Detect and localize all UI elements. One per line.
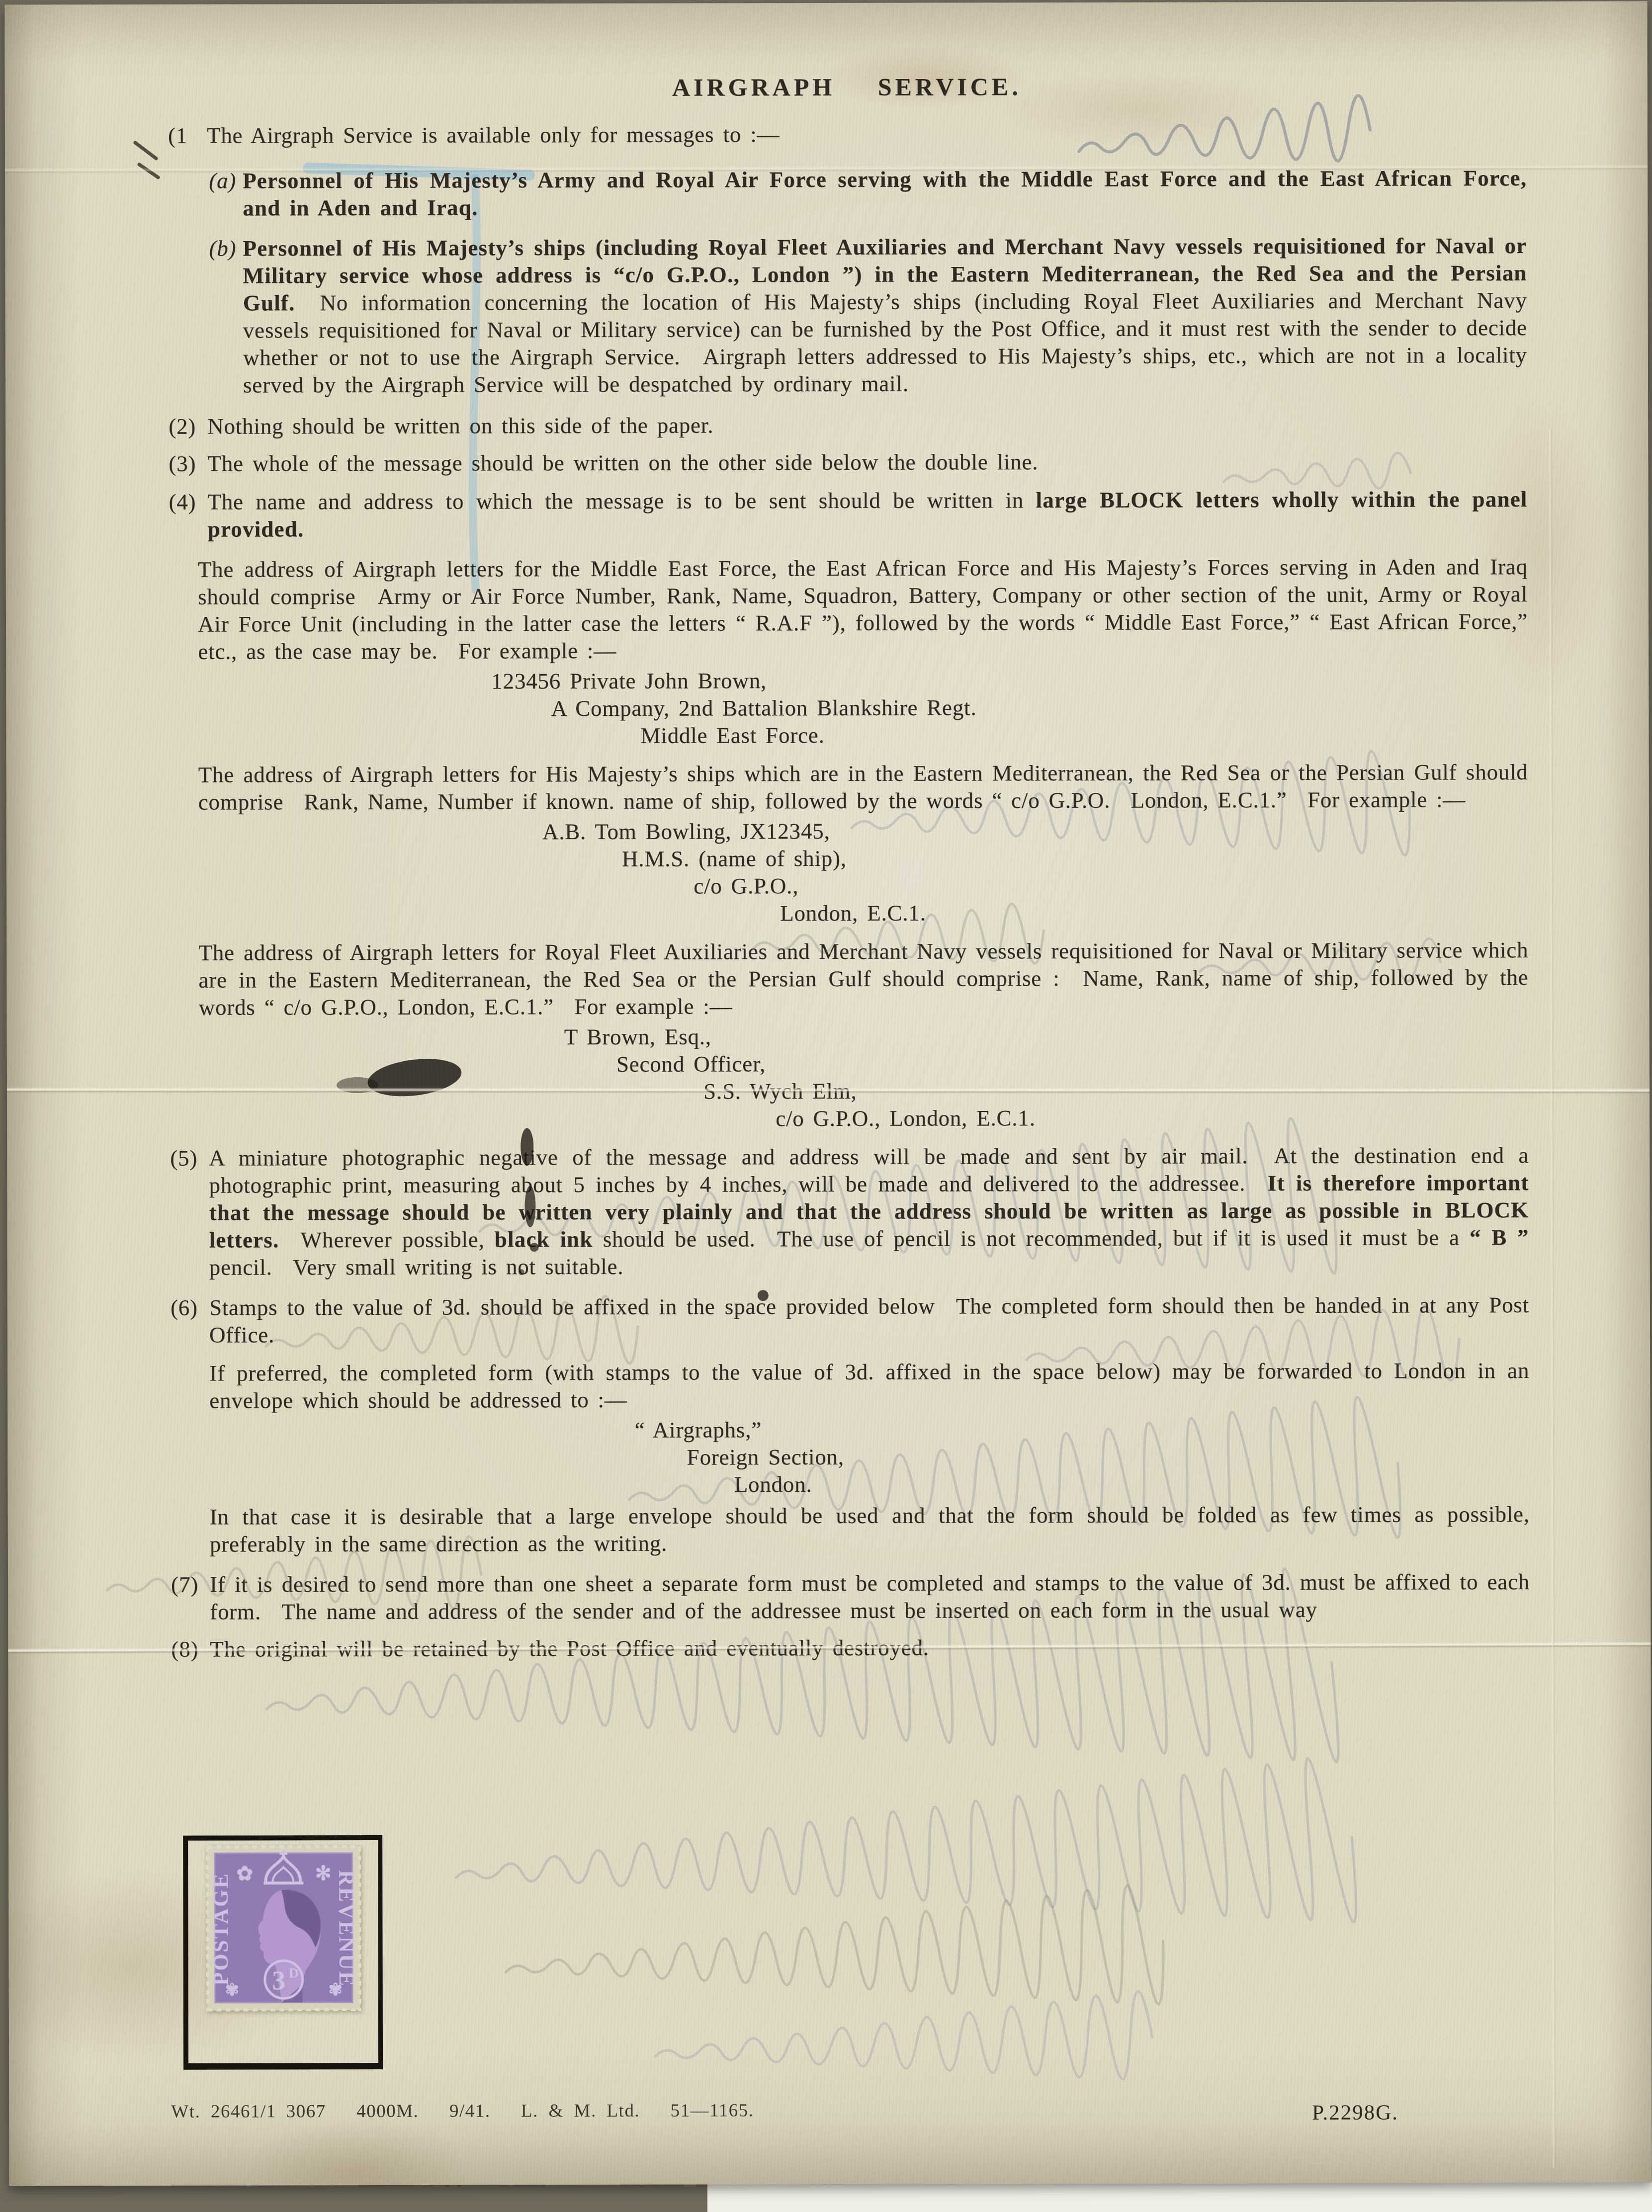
example-line: Second Officer, [616, 1049, 1529, 1078]
item-1: (1 The Airgraph Service is available onl… [167, 119, 1527, 150]
item-5-bold3: “ B ” [1470, 1225, 1529, 1250]
item-6-text: Stamps to the value of 3d. should be aff… [209, 1291, 1529, 1349]
address-rfa-paragraph: The address of Airgraph letters for Roya… [198, 936, 1528, 1021]
example-line: London, E.C.1. [780, 898, 1528, 927]
item-3-number: (3) [169, 450, 196, 478]
item-7-text: If it is desired to send more than one s… [210, 1568, 1530, 1626]
stamp-postage-label: POSTAGE [208, 1872, 233, 1986]
address-mef-paragraph: The address of Airgraph letters for the … [198, 553, 1528, 666]
item-2-number: (2) [169, 413, 196, 440]
example-rfa: T Brown, Esq., Second Officer, S.S. Wych… [169, 1021, 1529, 1134]
page-title: AIRGRAPH SERVICE. [167, 72, 1527, 102]
item-4-number: (4) [169, 489, 196, 516]
item-7: (7) If it is desired to send more than o… [170, 1568, 1530, 1626]
rose-icon: ✿ [236, 1862, 253, 1884]
item-5-bold2: black ink [495, 1227, 593, 1252]
form-reference-number: P.2298G. [1312, 2101, 1398, 2125]
airgraphs-address: “ Airgraphs,” Foreign Section, London. [170, 1415, 1529, 1500]
item-1-number: (1 [168, 122, 187, 150]
postage-stamp-3d: POSTAGE REVENUE ✿ ✻ ✾ ✾ 3 D [206, 1845, 361, 2012]
daffodil-icon: ✾ [328, 1981, 343, 1999]
item-4: (4) The name and address to which the me… [168, 486, 1527, 543]
example-line: c/o G.P.O., [694, 871, 1528, 900]
example-ships: A.B. Tom Bowling, JX12345, H.M.S. (name … [169, 816, 1528, 929]
item-1a-label: (a) [209, 167, 236, 194]
item-4-pre: The name and address to which the messag… [207, 488, 1036, 514]
example-line: S.S. Wych Elm, [703, 1076, 1529, 1105]
example-line: A Company, 2nd Battalion Blankshire Regt… [551, 693, 1528, 722]
item-1b-rest: No information concerning the location o… [243, 288, 1527, 397]
item-1b-text: Personnel of His Majesty’s ships (includ… [243, 232, 1527, 399]
item-1b-label: (b) [209, 235, 236, 262]
item-6-para2: If preferred, the completed form (with s… [170, 1357, 1529, 1415]
item-1b: (b) Personnel of His Majesty’s ships (in… [167, 232, 1527, 399]
shamrock-icon: ✾ [225, 1981, 239, 1999]
item-8: (8) The original will be retained by the… [170, 1633, 1530, 1663]
form-paper: AIRGRAPH SERVICE. (1 The Airgraph Servic… [4, 1, 1652, 2186]
stamp-value: 3 [272, 1965, 285, 1995]
example-line: c/o G.P.O., London, E.C.1. [776, 1104, 1529, 1132]
item-6-para3-text: In that case it is desirable that a larg… [210, 1501, 1530, 1558]
stamp-value-unit: D [289, 1965, 299, 1981]
item-5-number: (5) [170, 1145, 197, 1172]
item-8-number: (8) [171, 1636, 198, 1663]
item-6-para3: In that case it is desirable that a larg… [170, 1501, 1530, 1558]
item-1a: (a) Personnel of His Majesty’s Army and … [167, 165, 1527, 222]
fold-crease-vertical [1548, 429, 1556, 2168]
stamp-panel: POSTAGE REVENUE ✿ ✻ ✾ ✾ 3 D [183, 1835, 383, 2070]
item-4-text: The name and address to which the messag… [207, 486, 1527, 543]
item-2: (2) Nothing should be written on this si… [168, 410, 1527, 440]
address-line: London. [734, 1469, 1530, 1498]
thistle-icon: ✻ [315, 1862, 332, 1884]
item-1a-text: Personnel of His Majesty’s Army and Roya… [243, 165, 1527, 222]
item-1-text: The Airgraph Service is available only f… [207, 119, 1527, 150]
stamp-revenue-label: REVENUE [334, 1870, 358, 1987]
example-mef: 123456 Private John Brown, A Company, 2n… [168, 666, 1528, 751]
form-text: AIRGRAPH SERVICE. (1 The Airgraph Servic… [167, 72, 1530, 1663]
item-5-post: pencil. Very small writing is not suitab… [209, 1254, 624, 1280]
scanned-document: { "title": "AIRGRAPH \u2002SERVICE.", "i… [0, 0, 1652, 2212]
example-line: A.B. Tom Bowling, JX12345, [542, 816, 1528, 846]
address-line: “ Airgraphs,” [634, 1415, 1529, 1444]
item-5-mid1: Wherever possible, [279, 1227, 495, 1252]
pencil-scribble [135, 143, 158, 177]
example-line: T Brown, Esq., [564, 1021, 1529, 1051]
item-3-text: The whole of the message should be writt… [207, 447, 1527, 478]
item-6-number: (6) [171, 1294, 198, 1322]
item-5-text: A miniature photographic negative of the… [209, 1142, 1529, 1281]
item-7-number: (7) [171, 1571, 198, 1599]
item-6: (6) Stamps to the value of 3d. should be… [170, 1291, 1529, 1349]
item-5: (5) A miniature photographic negative of… [169, 1142, 1529, 1281]
example-line: H.M.S. (name of ship), [622, 844, 1528, 873]
printer-imprint: Wt. 26461/1 3067 4000M. 9/41. L. & M. Lt… [171, 2100, 754, 2122]
example-line: Middle East Force. [640, 720, 1528, 750]
item-6-para2-text: If preferred, the completed form (with s… [209, 1357, 1529, 1415]
address-line: Foreign Section, [687, 1442, 1529, 1471]
address-ships-paragraph: The address of Airgraph letters for His … [198, 759, 1528, 816]
item-8-text: The original will be retained by the Pos… [210, 1633, 1530, 1663]
item-5-mid2: should be used. The use of pencil is not… [593, 1225, 1470, 1252]
item-2-text: Nothing should be written on this side o… [207, 410, 1527, 440]
scan-background-strip [707, 2181, 1652, 2212]
item-3: (3) The whole of the message should be w… [168, 447, 1527, 478]
example-line: 123456 Private John Brown, [491, 666, 1528, 695]
